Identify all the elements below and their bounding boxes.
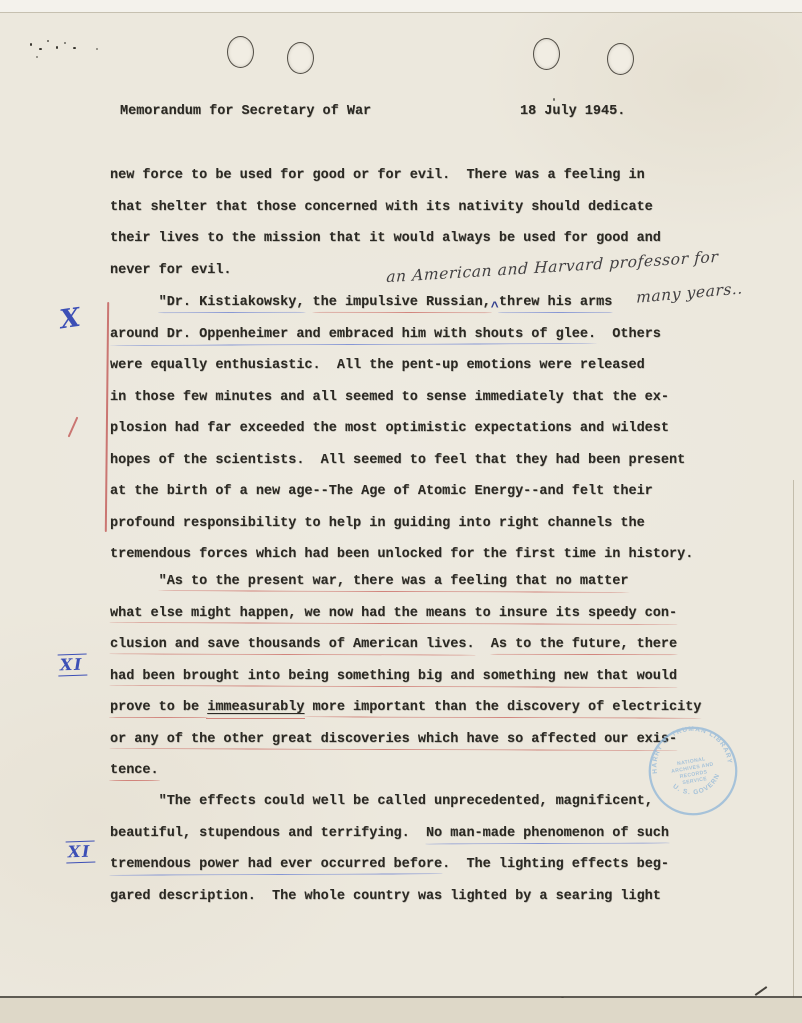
typed-line: prove to be immeasurably more important … <box>110 700 701 732</box>
underlined-text: the impulsive Russian, <box>313 295 491 310</box>
memo-header: Memorandum for Secretary of War 18 July … <box>0 104 802 124</box>
typed-line: new force to be used for good or for evi… <box>110 168 661 200</box>
typed-line: beautiful, stupendous and terrifying. No… <box>110 826 669 858</box>
typed-text: . The lighting effects beg- <box>442 857 669 872</box>
underlined-text: around Dr. Oppenheimer and embraced him … <box>110 327 596 342</box>
margin-mark-xi-2: XI <box>66 841 96 864</box>
typed-line: tence. <box>110 763 701 795</box>
typed-line: what else might happen, we now had the m… <box>110 606 701 638</box>
typed-text <box>110 574 159 589</box>
underlined-text: threw his arms <box>499 295 612 310</box>
page-top-edge <box>0 0 802 13</box>
typed-text <box>304 295 312 310</box>
typed-text: gared description. The whole country was… <box>110 889 661 904</box>
typed-line: hopes of the scientists. All seemed to f… <box>110 453 693 485</box>
typed-line: around Dr. Oppenheimer and embraced him … <box>110 327 693 359</box>
underlined-text: "Dr. Kistiakowsky, <box>159 295 305 310</box>
page-bottom-crease <box>0 996 802 998</box>
typed-text: Others <box>596 327 661 342</box>
typed-text: profound responsibility to help in guidi… <box>110 516 645 531</box>
typed-line: "The effects could well be called unprec… <box>110 794 669 826</box>
typed-line: in those few minutes and all seemed to s… <box>110 390 693 422</box>
page-right-edge <box>793 480 794 997</box>
margin-mark-x: X <box>58 303 82 336</box>
margin-mark-xi-1: XI <box>58 654 88 677</box>
typed-line: "As to the present war, there was a feel… <box>110 574 701 606</box>
typed-text: tremendous forces which had been unlocke… <box>110 547 693 562</box>
underlined-text: "As to the present war, there was a feel… <box>159 574 629 589</box>
underlined-text: clusion and save thousands of American l… <box>110 637 475 652</box>
insertion-caret: ^ <box>491 301 499 316</box>
underlined-text: more important than the discovery of ele… <box>304 700 701 715</box>
typed-text <box>110 295 159 310</box>
typed-line: were equally enthusiastic. All the pent-… <box>110 358 693 390</box>
typed-text: that shelter that those concerned with i… <box>110 200 653 215</box>
typed-text: hopes of the scientists. All seemed to f… <box>110 453 685 468</box>
underlined-text: or any of the other great discoveries wh… <box>110 732 677 747</box>
typed-line: gared description. The whole country was… <box>110 889 669 921</box>
bottom-right-mark <box>755 986 768 996</box>
typed-text: beautiful, stupendous and terrifying. <box>110 826 426 841</box>
typed-line: profound responsibility to help in guidi… <box>110 516 693 548</box>
typed-text: new force to be used for good or for evi… <box>110 168 645 183</box>
underlined-text: No man-made phenomenon of such <box>426 826 669 841</box>
punch-hole <box>227 36 254 68</box>
underlined-text: immeasurably <box>207 700 304 715</box>
underlined-text: prove to be <box>110 700 207 715</box>
typed-line: clusion and save thousands of American l… <box>110 637 701 669</box>
truman-library-stamp: HARRY S. TRUMAN LIBRARY U. S. GOVERNMENT… <box>639 717 748 826</box>
page-bottom-strip <box>0 998 802 1023</box>
typed-line: "Dr. Kistiakowsky, the impulsive Russian… <box>110 295 693 327</box>
memo-page: Memorandum for Secretary of War 18 July … <box>0 0 802 1023</box>
typed-line: had been brought into being something bi… <box>110 669 701 701</box>
red-margin-line <box>105 302 109 532</box>
typed-text: never for evil. <box>110 263 232 278</box>
typed-line: plosion had far exceeded the most optimi… <box>110 421 693 453</box>
punch-hole <box>287 42 314 74</box>
red-margin-slash <box>68 417 79 438</box>
paragraph-4: "The effects could well be called unprec… <box>110 794 669 920</box>
underlined-text: what else might happen, we now had the m… <box>110 606 677 621</box>
typed-text <box>110 794 159 809</box>
typed-text <box>475 637 491 652</box>
punch-hole <box>533 38 560 70</box>
paragraph-2: "Dr. Kistiakowsky, the impulsive Russian… <box>110 295 693 579</box>
typed-line: at the birth of a new age--The Age of At… <box>110 484 693 516</box>
underlined-text: had been brought into being something bi… <box>110 669 677 684</box>
typed-text: at the birth of a new age--The Age of At… <box>110 484 653 499</box>
memo-date: 18 July 1945. <box>520 104 625 119</box>
underlined-text: tremendous power had ever occurred befor… <box>110 857 442 872</box>
punch-hole <box>607 43 634 75</box>
memo-title: Memorandum for Secretary of War <box>120 104 371 119</box>
paragraph-3: "As to the present war, there was a feel… <box>110 574 701 795</box>
typed-text: plosion had far exceeded the most optimi… <box>110 421 669 436</box>
typed-text: were equally enthusiastic. All the pent-… <box>110 358 645 373</box>
typed-text: in those few minutes and all seemed to s… <box>110 390 669 405</box>
typed-text: their lives to the mission that it would… <box>110 231 661 246</box>
typed-line: tremendous power had ever occurred befor… <box>110 857 669 889</box>
underlined-text: As to the future, there <box>491 637 677 652</box>
underlined-text: tence. <box>110 763 159 778</box>
typed-line: or any of the other great discoveries wh… <box>110 732 701 764</box>
typed-text: "The effects could well be called unprec… <box>159 794 653 809</box>
typed-line: that shelter that those concerned with i… <box>110 200 661 232</box>
